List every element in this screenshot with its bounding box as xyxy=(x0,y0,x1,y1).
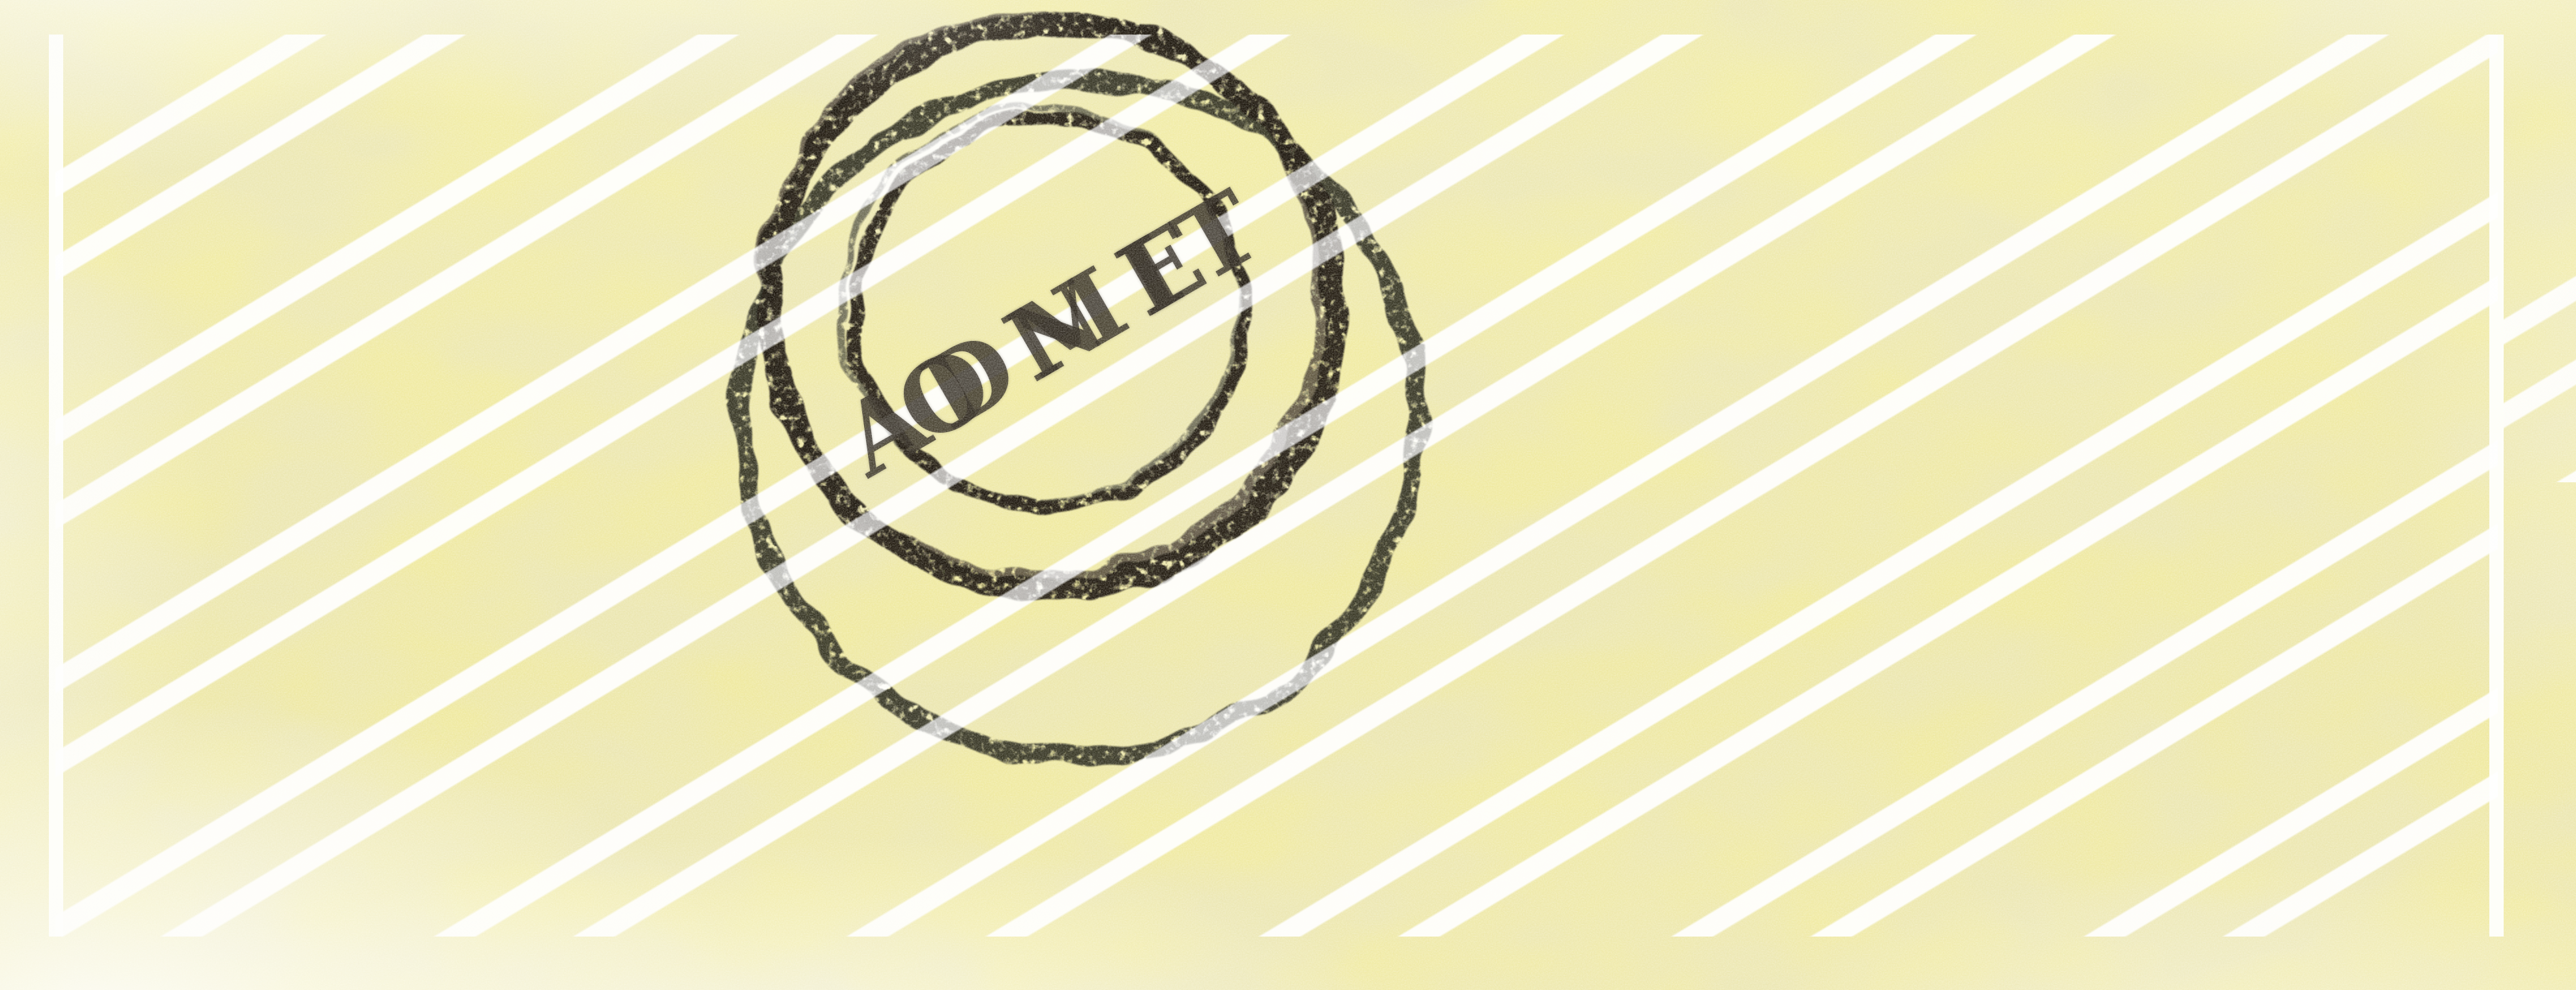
stamp-line-one: ONE xyxy=(840,175,1261,493)
ticket-graphic: ADMIT ONE xyxy=(0,0,2576,990)
